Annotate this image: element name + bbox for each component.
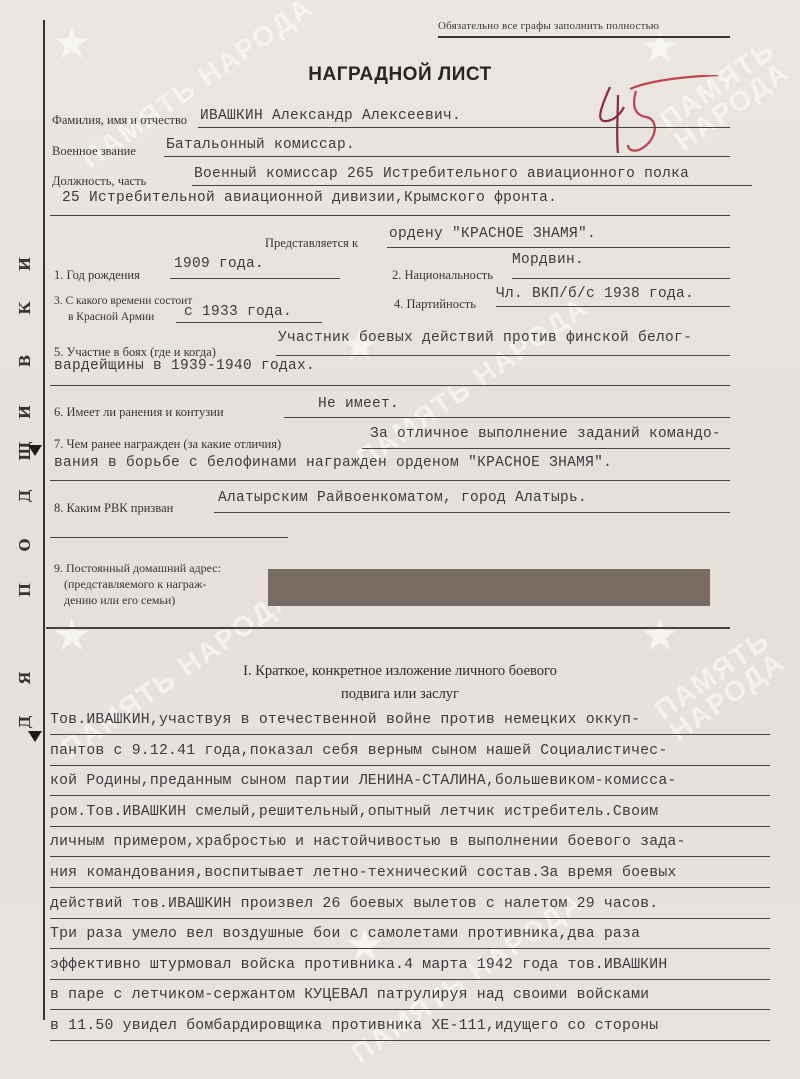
full-name-value: ИВАШКИН Александр Алексеевич.: [200, 108, 461, 124]
feat-text-line: в 11.50 увидел бомбардировщика противник…: [50, 1018, 658, 1034]
field-rule: [50, 795, 770, 796]
field-rule: [50, 887, 770, 888]
feat-text-line: Три раза умело вел воздушные бои с самол…: [50, 926, 640, 942]
address-label-line2: (представляемого к награж-: [64, 577, 206, 592]
feat-text-line: эффективно штурмовал войска противника.4…: [50, 957, 667, 973]
address-label-line3: дению или его семьи): [64, 593, 175, 608]
army-since-label-line2: в Красной Армии: [68, 311, 154, 323]
margin-letter: Д: [16, 485, 34, 507]
field-rule: [496, 306, 730, 307]
army-since-value: с 1933 года.: [184, 304, 292, 320]
hole-marker-icon: [28, 445, 42, 456]
field-rule: [170, 278, 340, 279]
field-rule: [214, 512, 730, 513]
field-rule: [387, 247, 730, 248]
prior-awards-label: 7. Чем ранее награжден (за какие отличия…: [54, 437, 281, 452]
nationality-value: Мордвин.: [512, 252, 584, 268]
conscripted-label: 8. Каким РВК призван: [54, 501, 173, 516]
field-rule: [164, 156, 730, 157]
field-rule: [198, 127, 730, 128]
margin-letter: К: [16, 297, 34, 319]
field-rule: [50, 948, 770, 949]
field-rule: [50, 826, 770, 827]
field-rule: [284, 417, 730, 418]
prior-awards-value-line1: За отличное выполнение заданий командо-: [370, 426, 721, 442]
party-label: 4. Партийность: [394, 297, 476, 312]
field-rule: [50, 537, 288, 538]
rank-label: Военное звание: [52, 144, 136, 159]
wounds-value: Не имеет.: [318, 396, 399, 412]
address-label-line1: 9. Постоянный домашний адрес:: [54, 561, 221, 576]
field-rule: [50, 1040, 770, 1041]
battles-value-line1: Участник боевых действий против финской …: [278, 330, 692, 346]
conscripted-value: Алатырским Райвоенкоматом, город Алатырь…: [218, 490, 587, 506]
field-rule: [176, 322, 322, 323]
prior-awards-value-line2: вания в борьбе с белофинами награжден ор…: [54, 455, 612, 471]
field-rule: [276, 355, 730, 356]
full-name-label: Фамилия, имя и отчество: [52, 113, 187, 128]
margin-letter: В: [16, 350, 34, 372]
header-note: Обязательно все графы заполнить полность…: [438, 20, 659, 32]
watermark: ПАМЯТЬ НАРОДА: [352, 293, 592, 472]
redacted-address: [268, 569, 710, 606]
feat-text-line: Тов.ИВАШКИН,участвуя в отечественной вой…: [50, 712, 640, 728]
margin-letter: И: [16, 401, 34, 423]
feat-text-line: ния командования,воспитывает летно-техни…: [50, 865, 677, 881]
field-rule: [50, 480, 730, 481]
nominated-value: ордену "КРАСНОЕ ЗНАМЯ".: [389, 226, 596, 242]
signature-mark-icon: [588, 75, 728, 165]
binding-margin-line: [43, 20, 45, 1020]
field-rule: [50, 856, 770, 857]
feat-text-line: пантов с 9.12.41 года,показал себя верны…: [50, 743, 667, 759]
position-value-line1: Военный комиссар 265 Истребительного ави…: [194, 166, 689, 182]
birth-year-label: 1. Год рождения: [54, 268, 140, 283]
feat-text-line: кой Родины,преданным сыном партии ЛЕНИНА…: [50, 773, 677, 789]
field-rule: [50, 385, 730, 386]
field-rule: [362, 448, 730, 449]
battles-value-line2: вардейщины в 1939-1940 годах.: [54, 358, 315, 374]
rank-value: Батальонный комиссар.: [166, 137, 355, 153]
margin-letter: О: [16, 534, 34, 556]
field-rule: [50, 765, 770, 766]
field-rule: [512, 278, 730, 279]
margin-letter: И: [16, 253, 34, 275]
field-rule: [50, 215, 730, 216]
hole-marker-icon: [28, 731, 42, 742]
feat-text-line: личным примером,храбростью и настойчивос…: [50, 834, 686, 850]
header-note-rule: [438, 36, 730, 38]
field-rule: [50, 1009, 770, 1010]
feat-text-line: ром.Тов.ИВАШКИН смелый,решительный,опытн…: [50, 804, 658, 820]
award-sheet-page: ★ ПАМЯТЬ НАРОДА ★ ПАМЯТЬ НАРОДА ★ ПАМЯТЬ…: [0, 0, 800, 1079]
field-rule: [50, 918, 770, 919]
watermark-star-icon: ★: [52, 610, 91, 661]
position-value-line2: 25 Истребительной авиационной дивизии,Кр…: [62, 190, 557, 206]
field-rule: [50, 979, 770, 980]
nominated-label: Представляется к: [265, 236, 358, 251]
position-label: Должность, часть: [52, 174, 146, 189]
wounds-label: 6. Имеет ли ранения и контузии: [54, 405, 224, 420]
margin-letter: Д: [16, 711, 34, 733]
field-rule: [50, 734, 770, 735]
field-rule: [192, 185, 752, 186]
watermark-star-icon: ★: [52, 18, 91, 69]
birth-year-value: 1909 года.: [174, 256, 264, 272]
army-since-label-line1: 3. С какого времени состоит: [54, 295, 192, 307]
watermark-star-icon: ★: [640, 610, 679, 661]
party-value: Чл. ВКП/б/с 1938 года.: [496, 286, 694, 302]
margin-letter: П: [16, 579, 34, 601]
section-title-line1: I. Краткое, конкретное изложение личного…: [0, 663, 800, 680]
nationality-label: 2. Национальность: [392, 268, 493, 283]
feat-text-line: в паре с летчиком-сержантом КУЦЕВАЛ патр…: [50, 987, 649, 1003]
section-title-line2: подвига или заслуг: [0, 686, 800, 703]
section-divider: [46, 627, 730, 629]
feat-text-line: действий тов.ИВАШКИН произвел 26 боевых …: [50, 896, 658, 912]
